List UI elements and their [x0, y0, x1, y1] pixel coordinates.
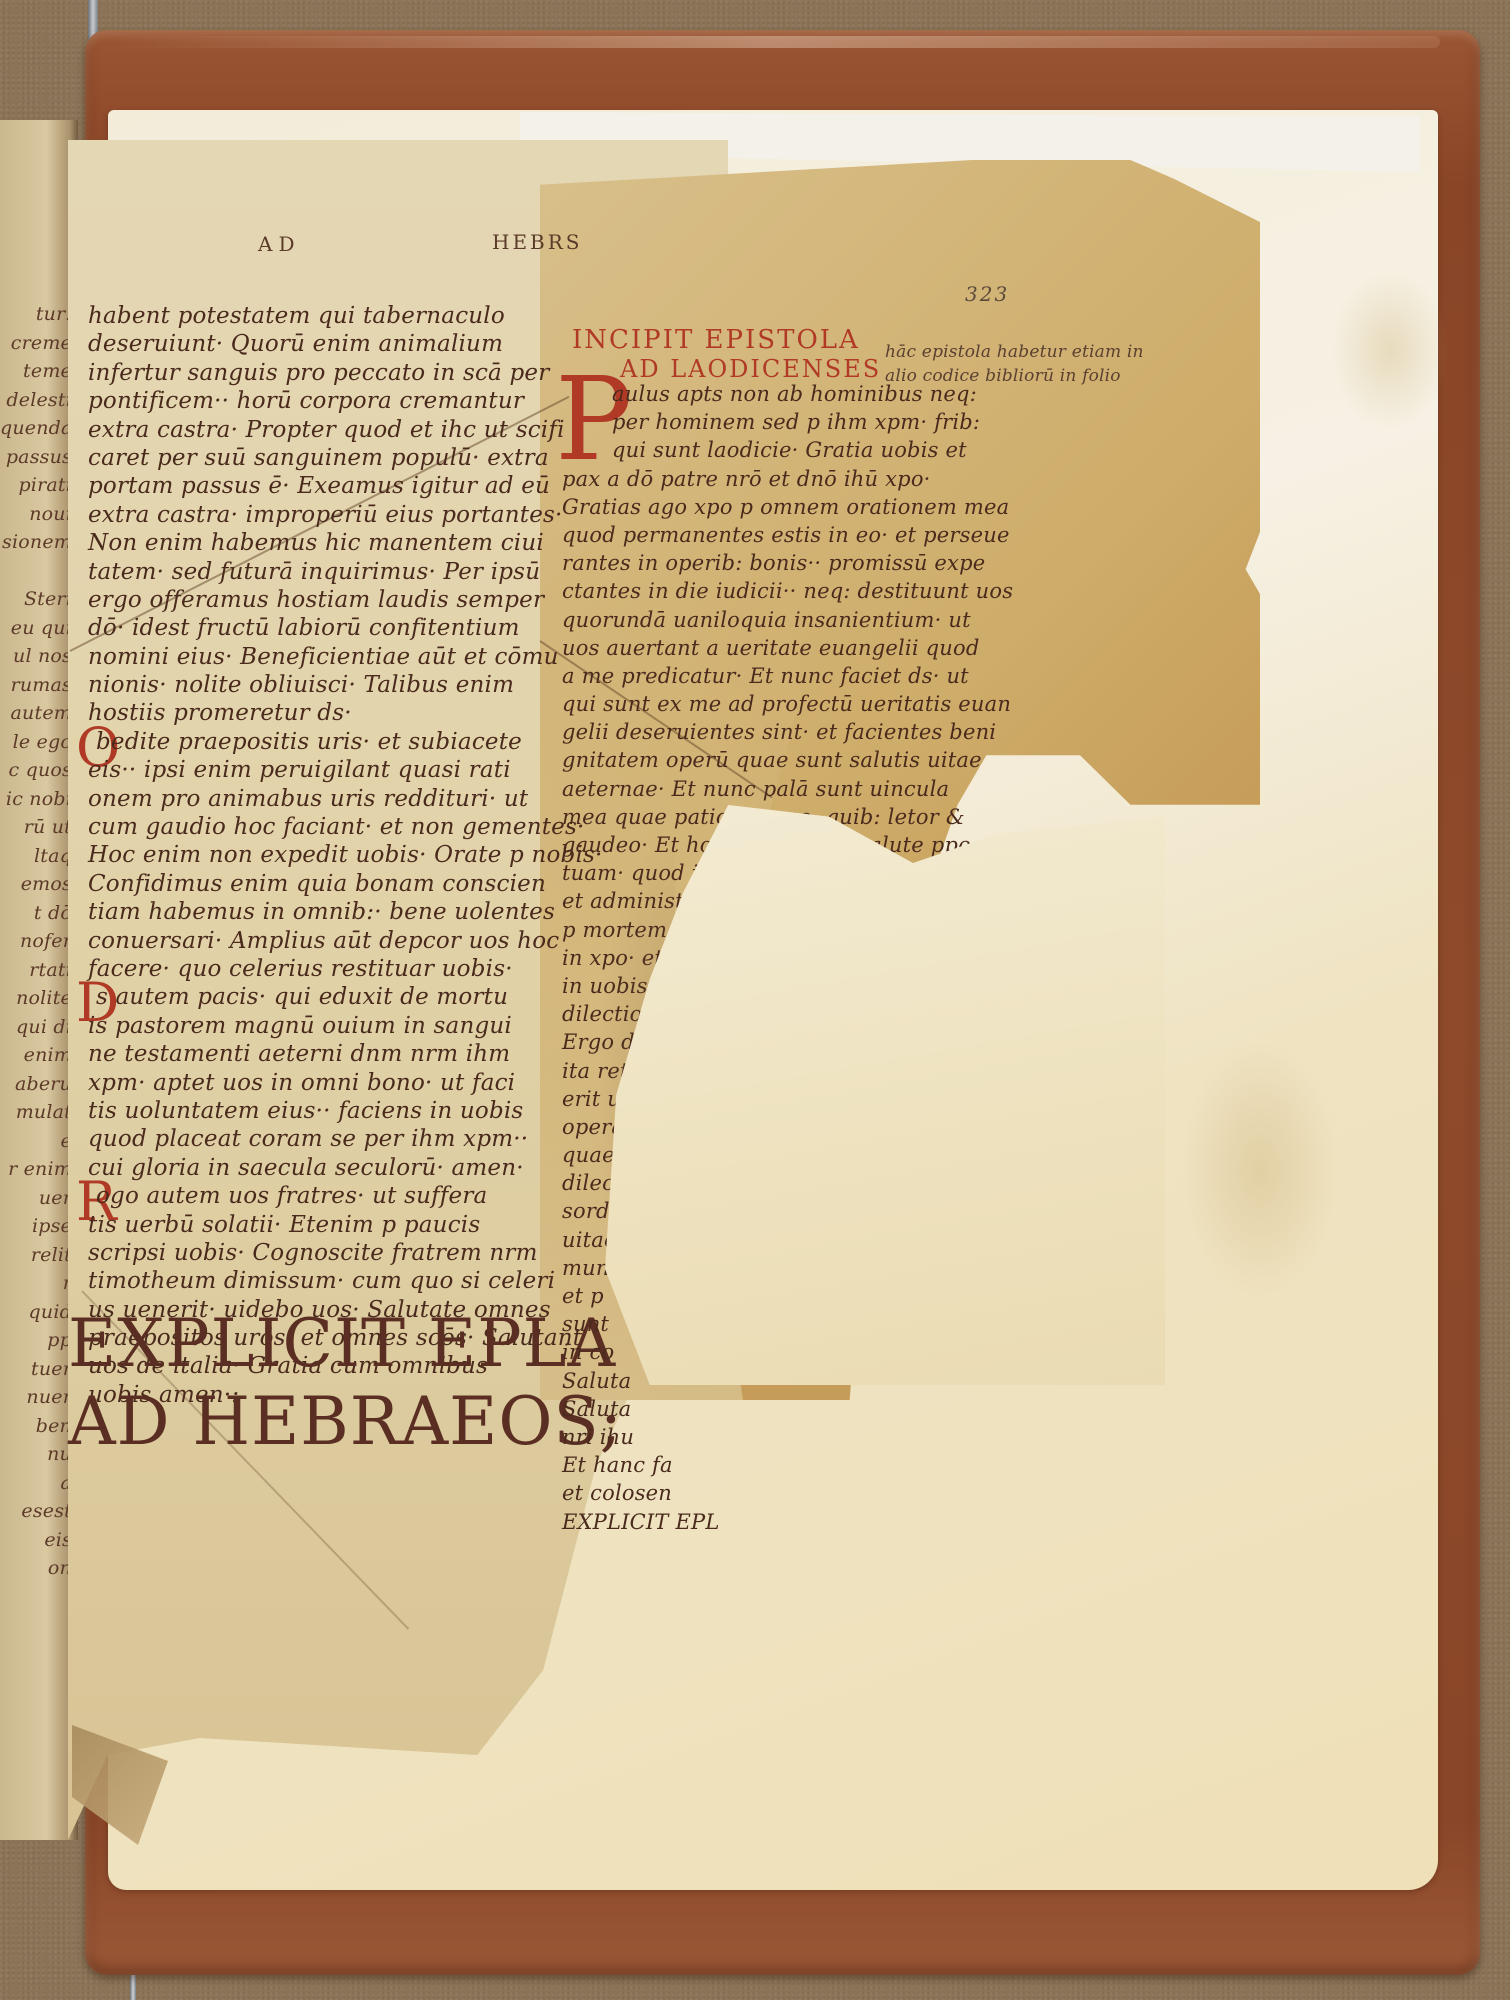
text-line: per hominem sed p ihm xpm· frib: [612, 408, 1013, 436]
line-text: onem pro animabus uris reddituri· ut [88, 786, 528, 812]
line-text: ne testamenti aeterni dnm nrm ihm [88, 1041, 510, 1067]
line-text: xpm· aptet uos in omni bono· ut faci [88, 1070, 515, 1096]
line-text: timotheum dimissum· cum quo si celeri [88, 1268, 555, 1294]
fragment-line: nolite [0, 984, 72, 1013]
text-line: hostiis promeretur ds· [88, 699, 603, 727]
line-text: facere· quo celerius restituar uobis· [88, 956, 513, 982]
line-text: tis uerbū solatii· Etenim p paucis [88, 1212, 480, 1238]
fragment-line: teme [0, 357, 72, 386]
fragment-line: passus [0, 443, 72, 472]
fragment-line: emos [0, 870, 72, 899]
fragment-line: rtati [0, 956, 72, 985]
fragment-line: r [0, 1269, 72, 1298]
backing-repair-patch [605, 805, 1165, 1385]
text-line: Hoc enim non expedit uobis· Orate p nobi… [88, 841, 603, 869]
text-line: gelii deseruientes sint· et facientes be… [562, 718, 1013, 746]
text-line: eis·· ipsi enim peruigilant quasi rati [88, 756, 603, 784]
line-text: Confidimus enim quia bonam conscien [88, 871, 546, 897]
line-text: pontificem·· horū corpora cremantur [88, 388, 524, 414]
running-head-left: AD [258, 232, 300, 256]
text-line: ctantes in die iudicii·· neq: destituunt… [562, 577, 1013, 605]
text-line: facere· quo celerius restituar uobis· [88, 955, 603, 983]
fragment-line: tuer [0, 1355, 72, 1384]
fragment-line: mulat [0, 1098, 72, 1127]
text-line: gnitatem operū quae sunt salutis uitae [562, 746, 1013, 774]
running-head-right: HEBRS [492, 230, 583, 254]
text-line: tiam habemus in omnib:· bene uolentes [88, 898, 603, 926]
text-line: Non enim habemus hic manentem ciui [88, 529, 603, 557]
line-text: extra castra· improperiū eius portantes· [88, 502, 563, 528]
text-line: Saluta [562, 1395, 1013, 1423]
text-line: tatem· sed futurā inquirimus· Per ipsū [88, 558, 603, 586]
fragment-line: ben [0, 1412, 72, 1441]
text-line: dō· idest fructū labiorū confitentium [88, 614, 603, 642]
explicit-heading: EXPLICIT EPLA AD HEBRAEOS; [68, 1305, 623, 1461]
text-line: ne testamenti aeterni dnm nrm ihm [88, 1040, 603, 1068]
line-text: is pastorem magnū ouium in sangui [88, 1013, 512, 1039]
fragment-line: ipse [0, 1212, 72, 1241]
fragment-line: a [0, 1469, 72, 1498]
text-line: nionis· nolite obliuisci· Talibus enim [88, 671, 603, 699]
stain [1330, 270, 1450, 430]
fragment-line: esest [0, 1497, 72, 1526]
fragment-line: rumas [0, 671, 72, 700]
line-text: s autem pacis· qui eduxit de mortu [96, 984, 508, 1010]
text-line: quorundā uaniloquia insanientium· ut [562, 606, 1013, 634]
stain [1180, 1040, 1340, 1300]
fragment-line: ltaq [0, 842, 72, 871]
text-line: portam passus ē· Exeamus igitur ad eū [88, 472, 603, 500]
incipit-subtitle: AD LAODICENSES [620, 355, 881, 383]
fragment-line: enim [0, 1041, 72, 1070]
text-line: infertur sanguis pro peccato in scā per [88, 359, 603, 387]
line-text: caret per suū sanguinem populū· extra [88, 445, 549, 471]
incipit-title: INCIPIT EPISTOLA [572, 325, 860, 355]
line-text: cum gaudio hoc faciant· et non gementes· [88, 814, 585, 840]
line-text: ogo autem uos fratres· ut suffera [96, 1183, 487, 1209]
fragment-line: eu qui [0, 614, 72, 643]
text-line: rantes in operib: bonis·· promissū expe [562, 549, 1013, 577]
line-text: tatem· sed futurā inquirimus· Per ipsū [88, 559, 540, 585]
text-line: pontificem·· horū corpora cremantur [88, 387, 603, 415]
text-line: qui sunt laodicie· Gratia uobis et [612, 436, 1013, 464]
text-line: timotheum dimissum· cum quo si celeri [88, 1267, 603, 1295]
text-line: pax a dō patre nrō et dnō ihū xpo· [562, 465, 1013, 493]
fragment-line: le ego [0, 728, 72, 757]
fragment-line: eis [0, 1526, 72, 1555]
line-text: Hoc enim non expedit uobis· Orate p nobi… [88, 842, 603, 868]
text-line: quod placeat coram se per ihm xpm·· [88, 1125, 603, 1153]
fragment-line: quenda [0, 414, 72, 443]
text-line: cum gaudio hoc faciant· et non gementes· [88, 813, 603, 841]
fragment-line: c quos [0, 756, 72, 785]
text-line: scripsi uobis· Cognoscite fratrem nrm [88, 1239, 603, 1267]
line-text: dō· idest fructū labiorū confitentium [88, 615, 520, 641]
fragment-line: on [0, 1554, 72, 1583]
fragment-line: nofer [0, 927, 72, 956]
text-line: nomini eius· Beneficientiae aūt et cōmu [88, 643, 603, 671]
line-text: deseruiunt· Quorū enim animalium [88, 331, 503, 357]
text-line: aulus apts non ab hominibus neq: [612, 380, 1013, 408]
text-line: Gratias ago xpo p omnem orationem mea [562, 493, 1013, 521]
text-line: et colosen [562, 1479, 1013, 1507]
text-line: a me predicatur· Et nunc faciet ds· ut [562, 662, 1013, 690]
line-text: Non enim habemus hic manentem ciui [88, 530, 544, 556]
text-line: caret per suū sanguinem populū· extra [88, 444, 603, 472]
fragment-line: ul nos [0, 642, 72, 671]
fragment-line: nuer [0, 1383, 72, 1412]
fragment-line: t dō [0, 899, 72, 928]
fragment-line: aberu [0, 1070, 72, 1099]
left-column-text: habent potestatem qui tabernaculodeserui… [88, 302, 603, 1409]
fragment-line: rū ut [0, 813, 72, 842]
text-line: aeternae· Et nunc palā sunt uincula [562, 775, 1013, 803]
text-line: Rogo autem uos fratres· ut suffera [88, 1182, 603, 1210]
fragment-line: sionem [0, 528, 72, 557]
line-text: nionis· nolite obliuisci· Talibus enim [88, 672, 514, 698]
text-line: Confidimus enim quia bonam conscien [88, 870, 603, 898]
text-line: habent potestatem qui tabernaculo [88, 302, 603, 330]
fragment-line: qui di [0, 1013, 72, 1042]
fragment-line: e [0, 1127, 72, 1156]
fragment-line: noui [0, 500, 72, 529]
text-line: xpm· aptet uos in omni bono· ut faci [88, 1069, 603, 1097]
line-text: tis uoluntatem eius·· faciens in uobis [88, 1098, 523, 1124]
text-line: tis uerbū solatii· Etenim p paucis [88, 1211, 603, 1239]
line-text: portam passus ē· Exeamus igitur ad eū [88, 473, 550, 499]
line-text: eis·· ipsi enim peruigilant quasi rati [88, 757, 511, 783]
line-text: ergo offeramus hostiam laudis semper [88, 587, 544, 613]
line-text: habent potestatem qui tabernaculo [88, 303, 505, 329]
text-line: nri ihu [562, 1423, 1013, 1451]
text-line: extra castra· Propter quod et ihc ut sci… [88, 416, 603, 444]
folio-number: 323 [965, 282, 1009, 306]
text-line: onem pro animabus uris reddituri· ut [88, 785, 603, 813]
fragment-line: relit [0, 1241, 72, 1270]
line-text: quod placeat coram se per ihm xpm·· [88, 1126, 528, 1152]
previous-page-text: tur:cremetemedelestiquendapassuspiratino… [0, 300, 72, 1583]
text-line: tis uoluntatem eius·· faciens in uobis [88, 1097, 603, 1125]
fragment-line: quid [0, 1298, 72, 1327]
fragment-line: Steri [0, 585, 72, 614]
text-line: quod permanentes estis in eo· et perseue [562, 521, 1013, 549]
text-line: conuersari· Amplius aūt depcor uos hoc [88, 927, 603, 955]
fragment-line: creme [0, 329, 72, 358]
fragment-line: tur: [0, 300, 72, 329]
fragment-line: pirati [0, 471, 72, 500]
explicit-line-1: EXPLICIT EPLA [68, 1305, 623, 1383]
fragment-line: autem [0, 699, 72, 728]
line-text: infertur sanguis pro peccato in scā per [88, 360, 549, 386]
text-line: EXPLICIT EPL [562, 1508, 1013, 1536]
fragment-line: pp [0, 1326, 72, 1355]
margin-note-line: hāc epistola habetur etiam in [885, 340, 1144, 364]
fragment-line: uer [0, 1184, 72, 1213]
line-text: tiam habemus in omnib:· bene uolentes [88, 899, 555, 925]
line-text: scripsi uobis· Cognoscite fratrem nrm [88, 1240, 538, 1266]
text-line: cui gloria in saecula seculorū· amen· [88, 1154, 603, 1182]
line-text: nomini eius· Beneficientiae aūt et cōmu [88, 644, 559, 670]
fragment-line: delesti [0, 386, 72, 415]
text-line: deseruiunt· Quorū enim animalium [88, 330, 603, 358]
fragment-line: ic nobi [0, 785, 72, 814]
text-line: Ds autem pacis· qui eduxit de mortu [88, 983, 603, 1011]
text-line: ergo offeramus hostiam laudis semper [88, 586, 603, 614]
line-text: cui gloria in saecula seculorū· amen· [88, 1155, 524, 1181]
fragment-line: nu [0, 1440, 72, 1469]
line-text: extra castra· Propter quod et ihc ut sci… [88, 417, 565, 443]
text-line: qui sunt ex me ad profectū ueritatis eua… [562, 690, 1013, 718]
text-line: Obedite praepositis uris· et subiacete [88, 728, 603, 756]
text-line: is pastorem magnū ouium in sangui [88, 1012, 603, 1040]
line-text: conuersari· Amplius aūt depcor uos hoc [88, 928, 559, 954]
fragment-line [0, 557, 72, 586]
binding-highlight [110, 36, 1440, 48]
line-text: hostiis promeretur ds· [88, 700, 352, 726]
line-text: bedite praepositis uris· et subiacete [96, 729, 522, 755]
text-line: extra castra· improperiū eius portantes· [88, 501, 603, 529]
text-line: Et hanc fa [562, 1451, 1013, 1479]
explicit-line-2: AD HEBRAEOS; [68, 1383, 623, 1461]
fragment-line: r enim [0, 1155, 72, 1184]
text-line: uos auertant a ueritate euangelii quod [562, 634, 1013, 662]
